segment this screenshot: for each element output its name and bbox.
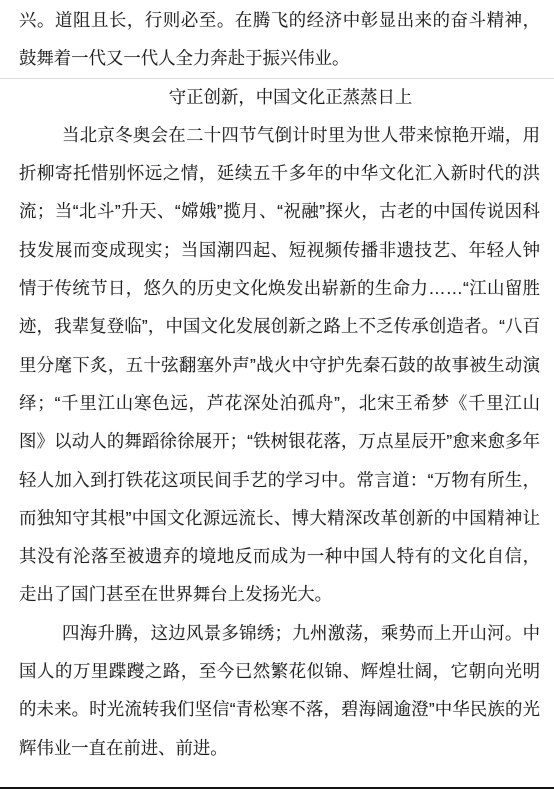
paragraph-conclusion: 四海升腾，这边风景多锦绣；九州激荡，乘势而上开山河。中国人的万里蹀躞之路，至今已…: [19, 614, 540, 767]
paragraph-chinese-culture: 当北京冬奥会在二十四节气倒计时里为世人带来惊艳开端，用折柳寄托惜别怀远之情，延续…: [19, 116, 540, 614]
section-heading: 守正创新，中国文化正蒸蒸日上: [19, 78, 540, 116]
document-page: 兴。道阻且长，行则必至。在腾飞的经济中彰显出来的奋斗精神，鼓舞着一代又一代人全力…: [0, 0, 554, 794]
paragraph-continued-from-previous-page: 兴。道阻且长，行则必至。在腾飞的经济中彰显出来的奋斗精神，鼓舞着一代又一代人全力…: [19, 1, 540, 78]
section-divider-line: [0, 78, 554, 79]
page-bottom-rule: [0, 787, 554, 789]
